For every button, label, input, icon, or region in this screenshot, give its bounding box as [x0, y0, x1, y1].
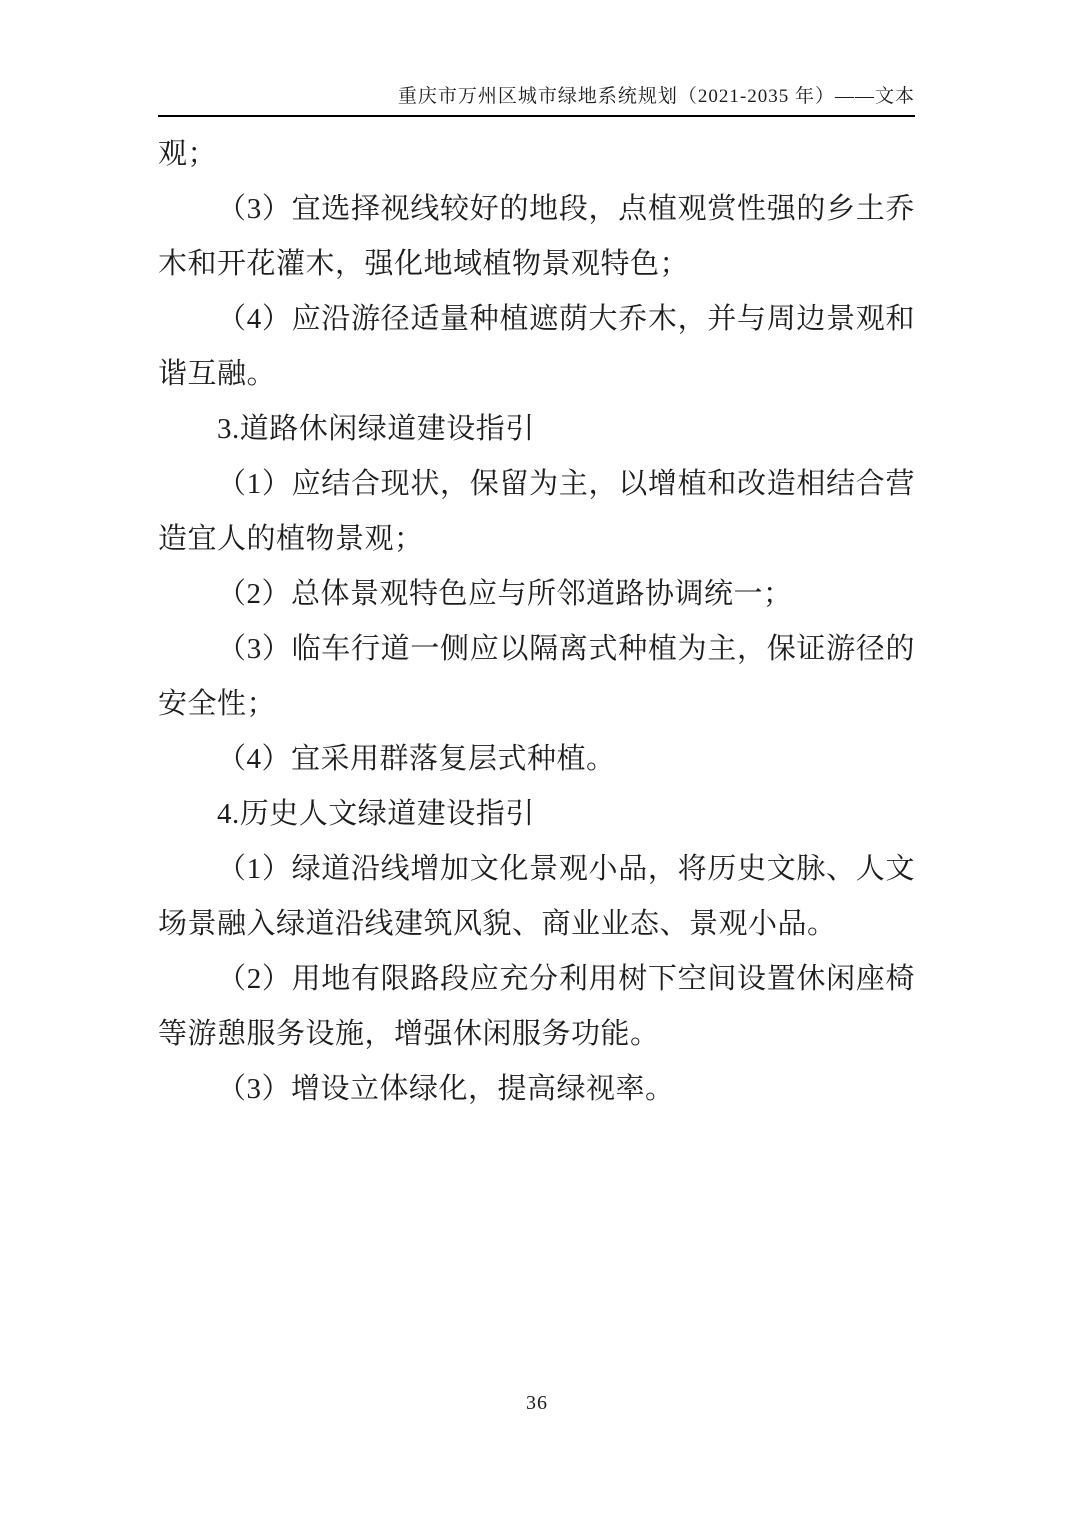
paragraph-clause: （2）用地有限路段应充分利用树下空间设置休闲座椅等游憩服务设施，增强休闲服务功能… — [158, 952, 915, 1062]
section-heading: 4.历史人文绿道建设指引 — [158, 787, 915, 842]
paragraph-clause: （3）增设立体绿化，提高绿视率。 — [158, 1062, 915, 1117]
section-heading: 3.道路休闲绿道建设指引 — [158, 402, 915, 457]
paragraph-clause: （3）临车行道一侧应以隔离式种植为主，保证游径的安全性； — [158, 622, 915, 732]
page-number: 36 — [0, 1392, 1074, 1415]
paragraph-clause: （1）绿道沿线增加文化景观小品，将历史文脉、人文场景融入绿道沿线建筑风貌、商业业… — [158, 842, 915, 952]
document-page: 重庆市万州区城市绿地系统规划（2021-2035 年）——文本 观； （3）宜选… — [0, 0, 1074, 1520]
header-rule — [158, 115, 915, 117]
paragraph-clause: （3）宜选择视线较好的地段，点植观赏性强的乡土乔木和开花灌木，强化地域植物景观特… — [158, 182, 915, 292]
paragraph-clause: （4）应沿游径适量种植遮荫大乔木，并与周边景观和谐互融。 — [158, 292, 915, 402]
paragraph-clause: （2）总体景观特色应与所邻道路协调统一； — [158, 567, 915, 622]
paragraph-continuation: 观； — [158, 127, 915, 182]
header-title: 重庆市万州区城市绿地系统规划（2021-2035 年）——文本 — [158, 84, 915, 110]
paragraph-clause: （4）宜采用群落复层式种植。 — [158, 732, 915, 787]
paragraph-clause: （1）应结合现状，保留为主，以增植和改造相结合营造宜人的植物景观； — [158, 457, 915, 567]
document-body: 观； （3）宜选择视线较好的地段，点植观赏性强的乡土乔木和开花灌木，强化地域植物… — [158, 127, 915, 1117]
